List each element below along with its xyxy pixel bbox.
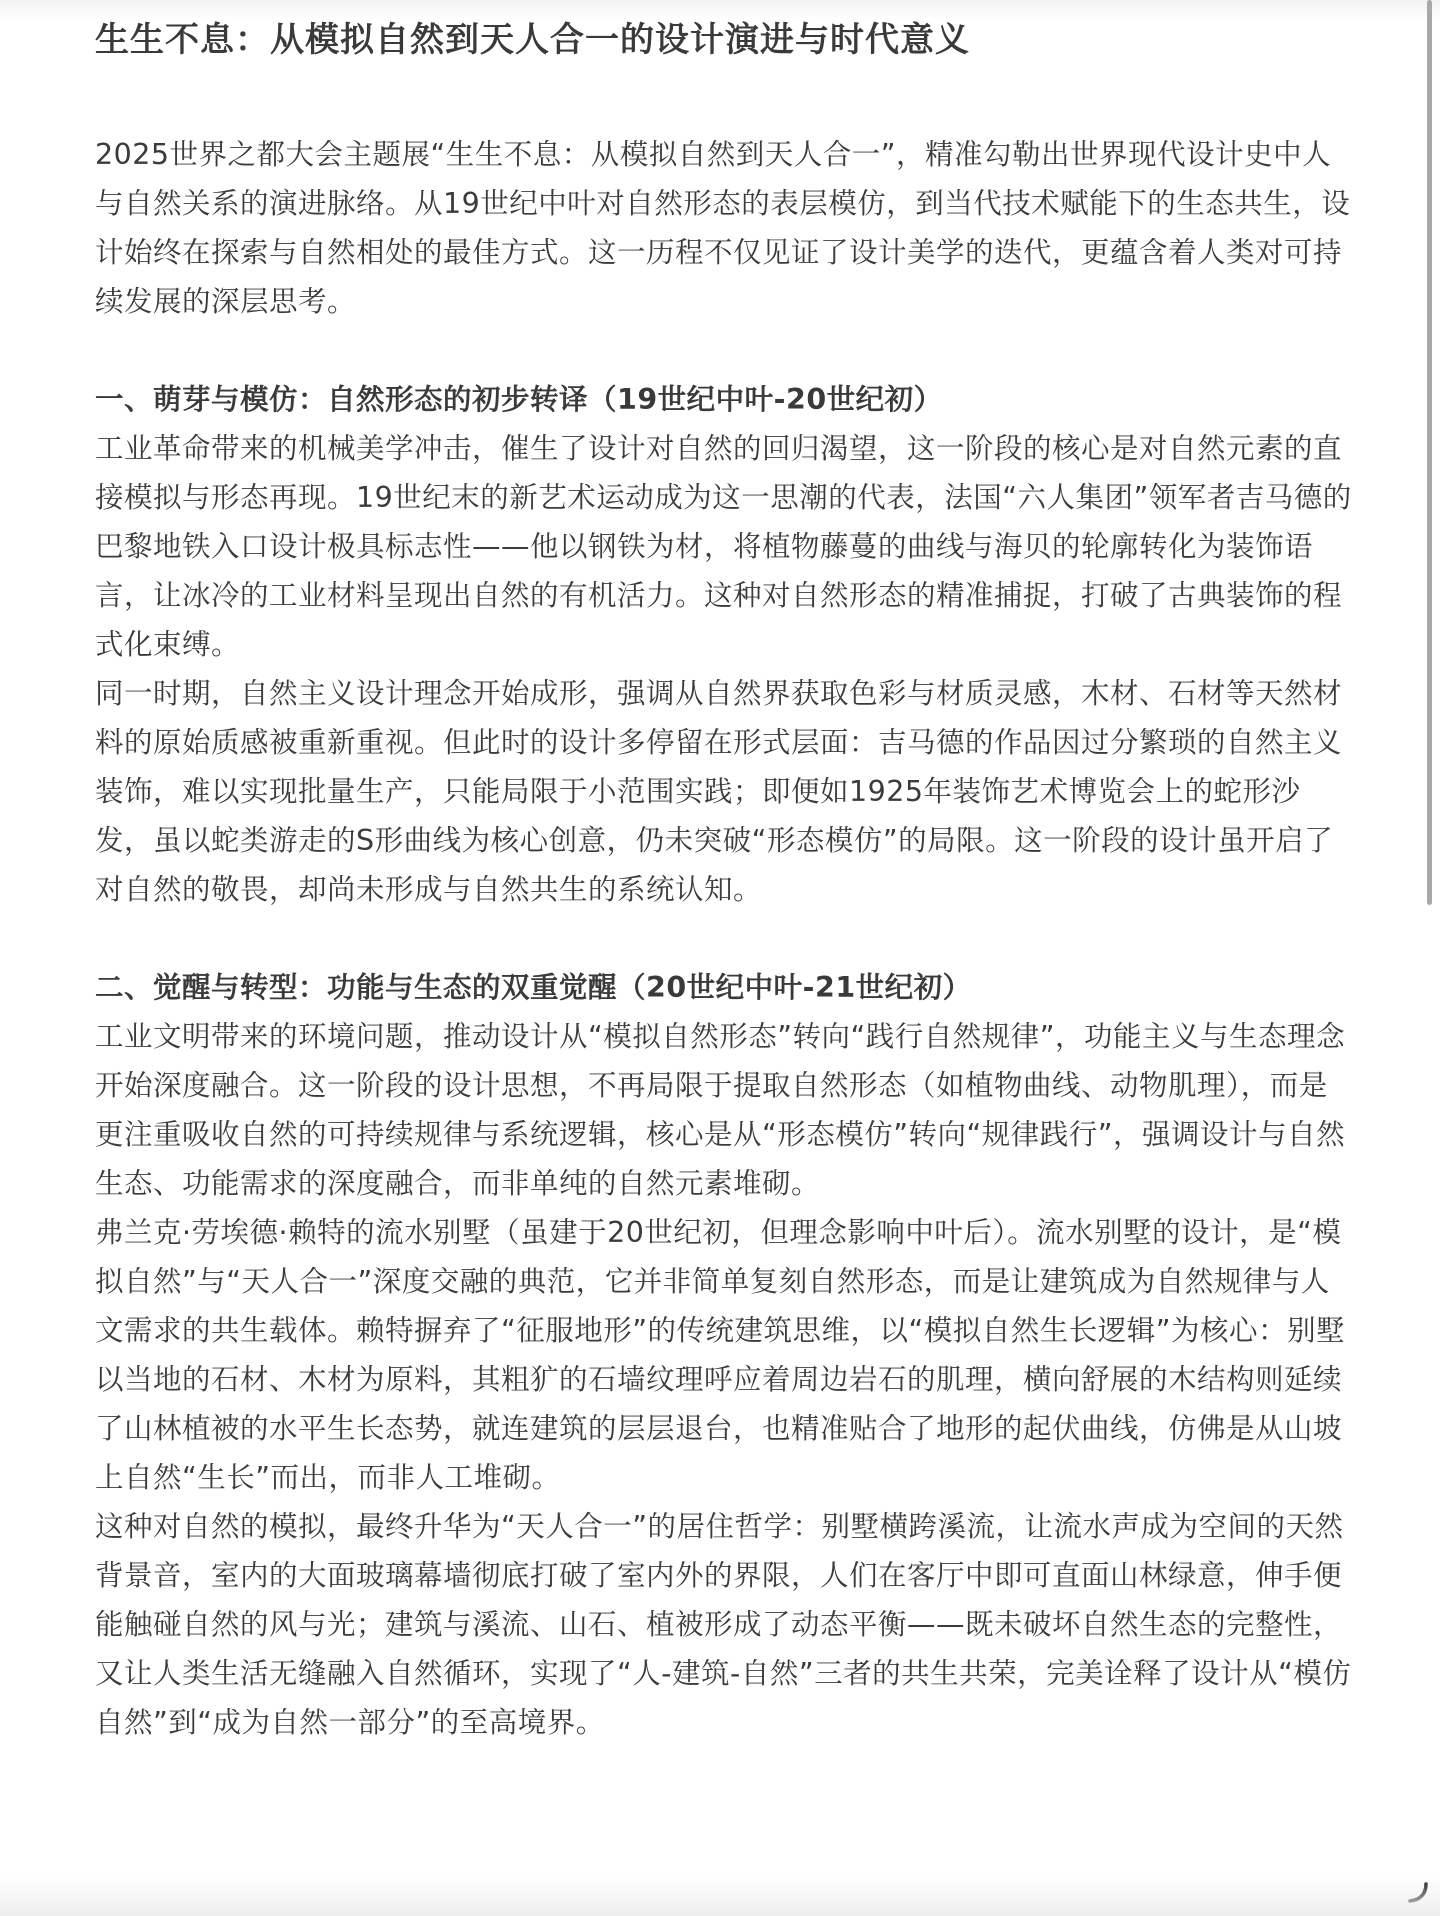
section-2: 二、觉醒与转型：功能与生态的双重觉醒（20世纪中叶-21世纪初） 工业文明带来的…	[95, 963, 1355, 1747]
spacer	[95, 326, 1355, 375]
bottom-fade	[0, 1876, 1440, 1916]
section-paragraph: 同一时期，自然主义设计理念开始成形，强调从自然界获取色彩与材质灵感，木材、石材等…	[95, 669, 1355, 914]
vertical-scrollbar[interactable]	[1427, 0, 1432, 905]
section-paragraph: 这种对自然的模拟，最终升华为“天人合一”的居住哲学：别墅横跨溪流，让流水声成为空…	[95, 1502, 1355, 1747]
section-heading: 一、萌芽与模仿：自然形态的初步转译（19世纪中叶-20世纪初）	[95, 375, 1355, 424]
section-paragraph: 工业文明带来的环境问题，推动设计从“模拟自然形态”转向“践行自然规律”，功能主义…	[95, 1012, 1355, 1208]
section-1: 一、萌芽与模仿：自然形态的初步转译（19世纪中叶-20世纪初） 工业革命带来的机…	[95, 375, 1355, 914]
section-heading: 二、觉醒与转型：功能与生态的双重觉醒（20世纪中叶-21世纪初）	[95, 963, 1355, 1012]
section-paragraph: 工业革命带来的机械美学冲击，催生了设计对自然的回归渴望，这一阶段的核心是对自然元…	[95, 424, 1355, 669]
article-title: 生生不息：从模拟自然到天人合一的设计演进与时代意义	[95, 16, 1355, 64]
spacer	[95, 914, 1355, 963]
section-paragraph: 弗兰克·劳埃德·赖特的流水别墅（虽建于20世纪初，但理念影响中叶后）。流水别墅的…	[95, 1208, 1355, 1502]
article: 生生不息：从模拟自然到天人合一的设计演进与时代意义 2025世界之都大会主题展“…	[95, 10, 1355, 1747]
intro-paragraph: 2025世界之都大会主题展“生生不息：从模拟自然到天人合一”，精准勾勒出世界现代…	[95, 130, 1355, 326]
